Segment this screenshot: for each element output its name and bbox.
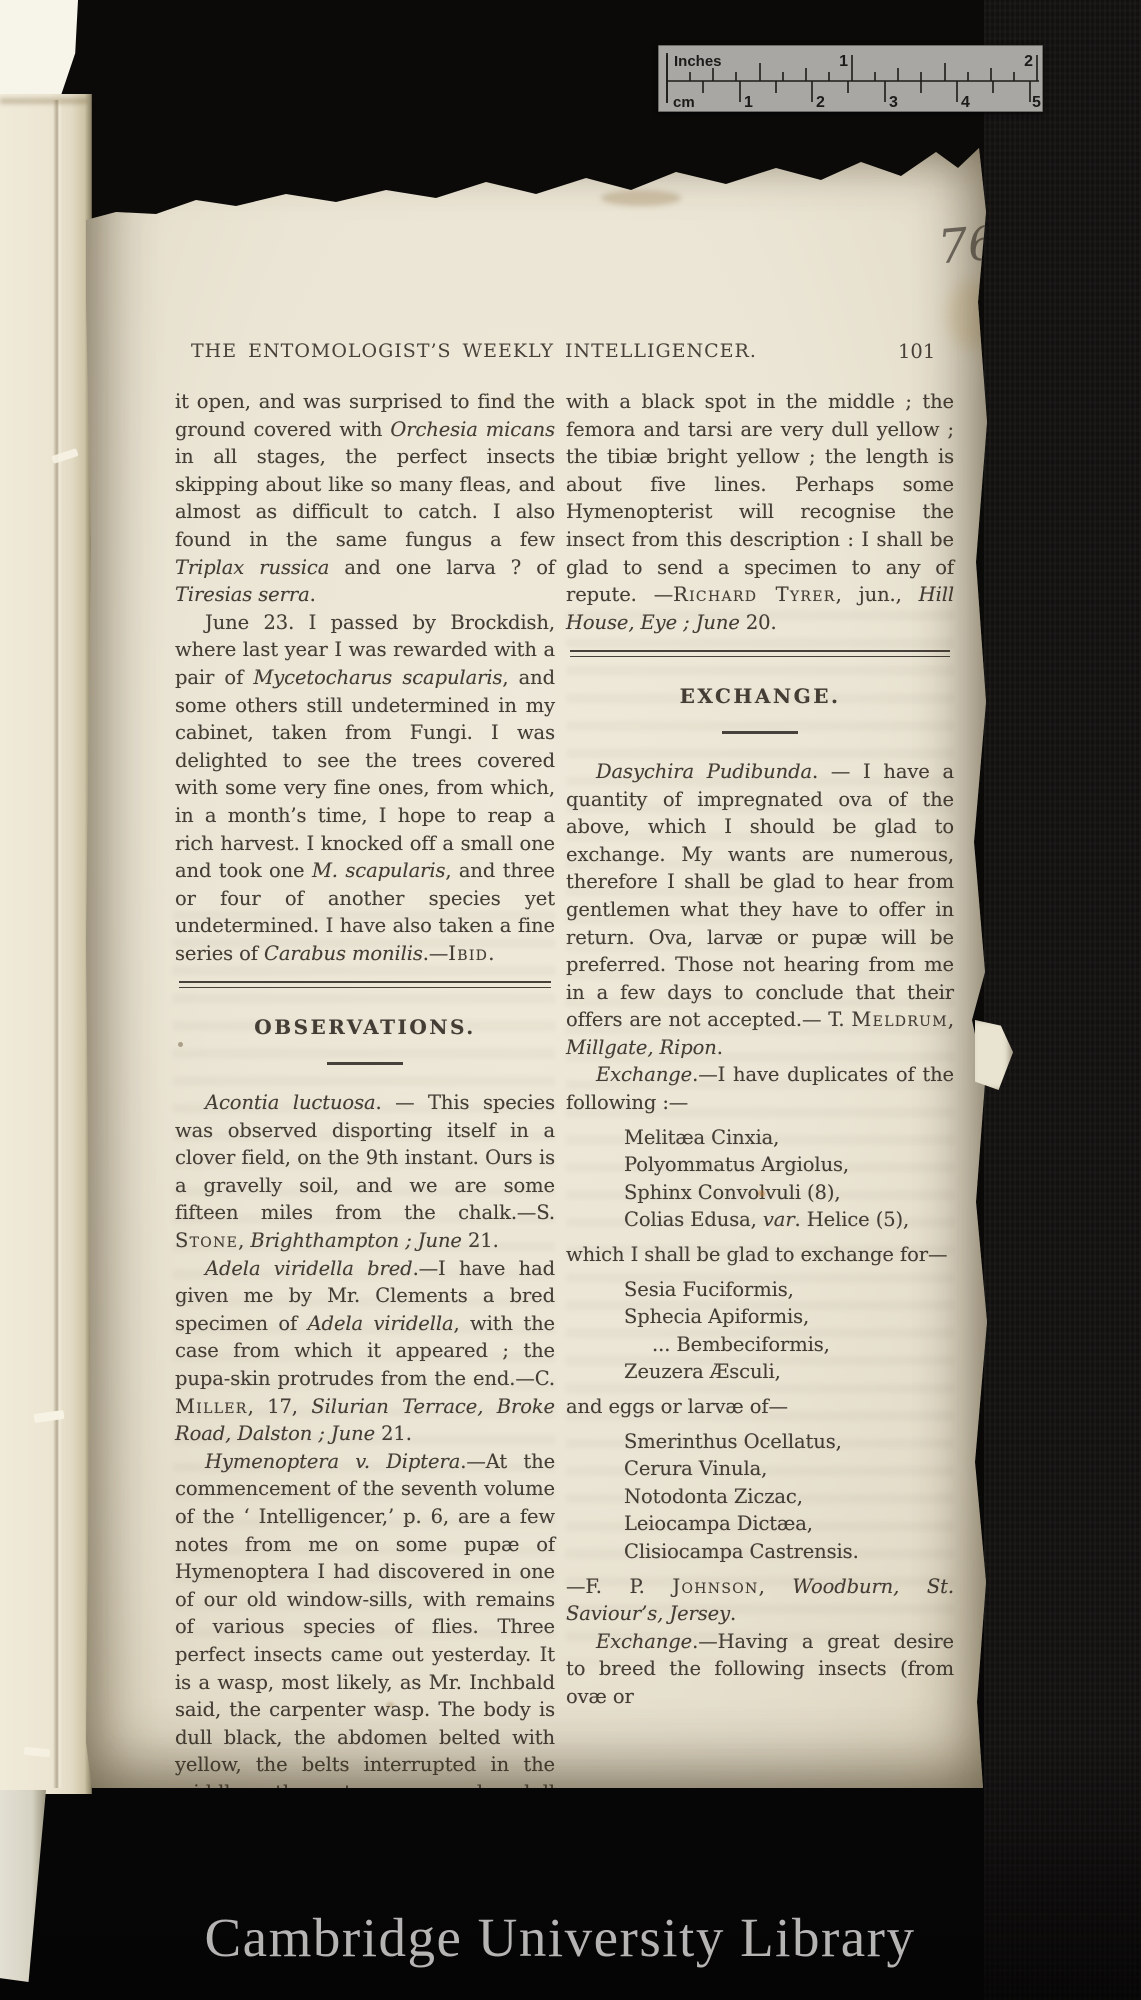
person-name: Stone bbox=[175, 1229, 238, 1252]
list-item: Polyommatus Argiolus, bbox=[624, 1151, 954, 1179]
paragraph: June 23. I passed by Brockdish, where la… bbox=[175, 609, 555, 968]
paragraph: Exchange.—I have duplicates of the follo… bbox=[566, 1061, 954, 1116]
text-run: ... Bembeciformis, bbox=[652, 1333, 830, 1356]
paragraph: Dasychira Pudibunda. — I have a quantity… bbox=[566, 758, 954, 1062]
library-watermark: Cambridge University Library bbox=[0, 1906, 1120, 1969]
section-divider bbox=[179, 981, 551, 988]
text-run: .— bbox=[423, 942, 449, 965]
species-name: Tiresias serra bbox=[175, 583, 310, 606]
ruler-inches-label: Inches bbox=[674, 53, 722, 70]
fabric-background bbox=[984, 0, 1141, 2000]
list-item: Leiocampa Dictæa, bbox=[624, 1510, 954, 1538]
paragraph: Hymenoptera v. Diptera.—At the commencem… bbox=[175, 1448, 555, 1862]
text-run: , and some others still undetermined in … bbox=[175, 666, 555, 882]
species-name: Acontia luctuosa bbox=[205, 1091, 376, 1114]
ruler-inch-1: 1 bbox=[839, 53, 848, 70]
text-run: Smerinthus Ocellatus, bbox=[624, 1430, 842, 1453]
text-run: Sphecia Apiformis, bbox=[624, 1305, 809, 1328]
species-name: Exchange bbox=[596, 1063, 692, 1086]
text-run: Colias Edusa, bbox=[624, 1208, 763, 1231]
paragraph: Adela viridella bred.—I have had given m… bbox=[175, 1255, 555, 1448]
person-name: Richard Tyrer bbox=[673, 583, 836, 606]
text-run: .—At the commencement of the seventh vol… bbox=[175, 1450, 555, 1859]
text-run: with a black spot in the middle ; the fe… bbox=[566, 390, 954, 606]
text-run: . — I have a quantity of impregnated ova… bbox=[566, 760, 954, 1031]
text-run: , 17, bbox=[248, 1395, 312, 1418]
text-run: Zeuzera Æsculi, bbox=[624, 1360, 781, 1383]
text-run: 21. bbox=[462, 1229, 499, 1252]
section-heading: EXCHANGE. bbox=[566, 683, 954, 711]
paragraph: and eggs or larvæ of— bbox=[566, 1393, 954, 1421]
species-name: Mycetocharus scapularis bbox=[253, 666, 502, 689]
text-run: Melitæa Cinxia, bbox=[624, 1126, 779, 1149]
text-run: and one larva ? of bbox=[329, 556, 555, 579]
list-item: Smerinthus Ocellatus, bbox=[624, 1428, 954, 1456]
right-column: with a black spot in the middle ; the fe… bbox=[566, 388, 954, 1711]
species-name: Dasychira Pudibunda bbox=[596, 760, 812, 783]
paragraph: —F. P. Johnson, Woodburn, St. Saviour’s,… bbox=[566, 1573, 954, 1628]
text-run: —F. P. bbox=[566, 1575, 672, 1598]
text-run: Notodonta Ziczac, bbox=[624, 1485, 803, 1508]
species-name: Millgate, Ripon bbox=[566, 1036, 717, 1059]
ruler-cm-5: 5 bbox=[1032, 94, 1041, 111]
ruler-cm-label: cm bbox=[673, 94, 695, 111]
text-run: , bbox=[948, 1008, 954, 1031]
text-run: , bbox=[238, 1229, 250, 1252]
list-item: Cerura Vinula, bbox=[624, 1455, 954, 1483]
list-item: Sphinx Convolvuli (8), bbox=[624, 1179, 954, 1207]
person-name: Meldrum bbox=[851, 1008, 947, 1031]
species-name: Hymenoptera v. Diptera bbox=[205, 1450, 460, 1473]
species-name: M. scapularis bbox=[312, 859, 445, 882]
page-number: 101 bbox=[898, 340, 935, 363]
species-name: Orchesia micans bbox=[390, 418, 555, 441]
person-name: Miller bbox=[175, 1395, 248, 1418]
species-name: Brighthampton ; June bbox=[250, 1229, 462, 1252]
ruler-cm-3: 3 bbox=[889, 94, 898, 111]
species-name: Adela viridella bred bbox=[205, 1257, 413, 1280]
text-run: Polyommatus Argiolus, bbox=[624, 1153, 849, 1176]
text-run: . bbox=[730, 1602, 736, 1625]
list-item: Sphecia Apiformis, bbox=[624, 1303, 954, 1331]
text-run: which I shall be glad to exchange for— bbox=[566, 1243, 947, 1266]
list-item: Clisiocampa Castrensis. bbox=[624, 1538, 954, 1566]
text-run: . bbox=[488, 942, 494, 965]
person-name: Johnson bbox=[672, 1575, 758, 1598]
ruler-cm-1: 1 bbox=[744, 94, 753, 111]
text-run: Cerura Vinula, bbox=[624, 1457, 767, 1480]
paragraph: Exchange.—Having a great desire to breed… bbox=[566, 1628, 954, 1711]
species-name: Adela viridella bbox=[308, 1312, 454, 1335]
heading-rule bbox=[327, 1062, 403, 1065]
book-page: THE ENTOMOLOGIST’S WEEKLY INTELLIGENCER.… bbox=[86, 142, 990, 1788]
species-list: Melitæa Cinxia,Polyommatus Argiolus,Sphi… bbox=[624, 1124, 954, 1234]
text-run: and eggs or larvæ of— bbox=[566, 1395, 788, 1418]
text-run: Sesia Fuciformis, bbox=[624, 1278, 794, 1301]
section-divider bbox=[570, 650, 950, 657]
text-run: Leiocampa Dictæa, bbox=[624, 1512, 813, 1535]
edge-shadow bbox=[0, 98, 88, 104]
list-item: Sesia Fuciformis, bbox=[624, 1276, 954, 1304]
list-item: ... Bembeciformis, bbox=[624, 1331, 954, 1359]
text-run: , bbox=[759, 1575, 793, 1598]
paragraph: Acontia luctuosa. — This species was obs… bbox=[175, 1089, 555, 1255]
list-item: Melitæa Cinxia, bbox=[624, 1124, 954, 1152]
section-heading: OBSERVATIONS. bbox=[175, 1014, 555, 1042]
ruler-cm-2: 2 bbox=[816, 94, 825, 111]
text-run: . bbox=[310, 583, 316, 606]
gutter-crease bbox=[53, 100, 62, 1788]
list-item: Notodonta Ziczac, bbox=[624, 1483, 954, 1511]
text-run: Sphinx Convolvuli (8), bbox=[624, 1181, 840, 1204]
species-name: Carabus monilis bbox=[264, 942, 423, 965]
list-item: Zeuzera Æsculi, bbox=[624, 1358, 954, 1386]
text-run: 21. bbox=[375, 1422, 412, 1445]
species-list: Smerinthus Ocellatus,Cerura Vinula,Notod… bbox=[624, 1428, 954, 1566]
ruler-cm-4: 4 bbox=[961, 94, 970, 111]
paragraph: with a black spot in the middle ; the fe… bbox=[566, 388, 954, 636]
person-name: Ibid bbox=[448, 942, 488, 965]
text-run: 20. bbox=[740, 611, 777, 634]
species-name: var bbox=[763, 1208, 795, 1231]
book-fore-edge bbox=[0, 94, 92, 1794]
text-run: in all stages, the perfect insects skipp… bbox=[175, 445, 555, 551]
heading-rule bbox=[722, 731, 798, 734]
paragraph: it open, and was surprised to find the g… bbox=[175, 388, 555, 609]
left-column: it open, and was surprised to find the g… bbox=[175, 388, 555, 1862]
text-run: . Helice (5), bbox=[795, 1208, 910, 1231]
library-scan: THE ENTOMOLOGIST’S WEEKLY INTELLIGENCER.… bbox=[0, 0, 1141, 2000]
text-run: . bbox=[717, 1036, 723, 1059]
paragraph: which I shall be glad to exchange for— bbox=[566, 1241, 954, 1269]
species-name: Exchange bbox=[596, 1630, 692, 1653]
species-name: Triplax russica bbox=[175, 556, 329, 579]
stain bbox=[601, 190, 681, 206]
species-list: Sesia Fuciformis,Sphecia Apiformis,... B… bbox=[624, 1276, 954, 1386]
running-title: THE ENTOMOLOGIST’S WEEKLY INTELLIGENCER. bbox=[191, 340, 751, 362]
ruler-graphic: Inches 1 2 cm 1 2 3 4 5 bbox=[658, 45, 1043, 112]
text-run: Clisiocampa Castrensis. bbox=[624, 1540, 859, 1563]
ruler-inch-2: 2 bbox=[1024, 53, 1033, 70]
text-run: , jun., bbox=[836, 583, 919, 606]
list-item: Colias Edusa, var. Helice (5), bbox=[624, 1206, 954, 1234]
ruler: Inches 1 2 cm 1 2 3 4 5 bbox=[658, 45, 1043, 112]
